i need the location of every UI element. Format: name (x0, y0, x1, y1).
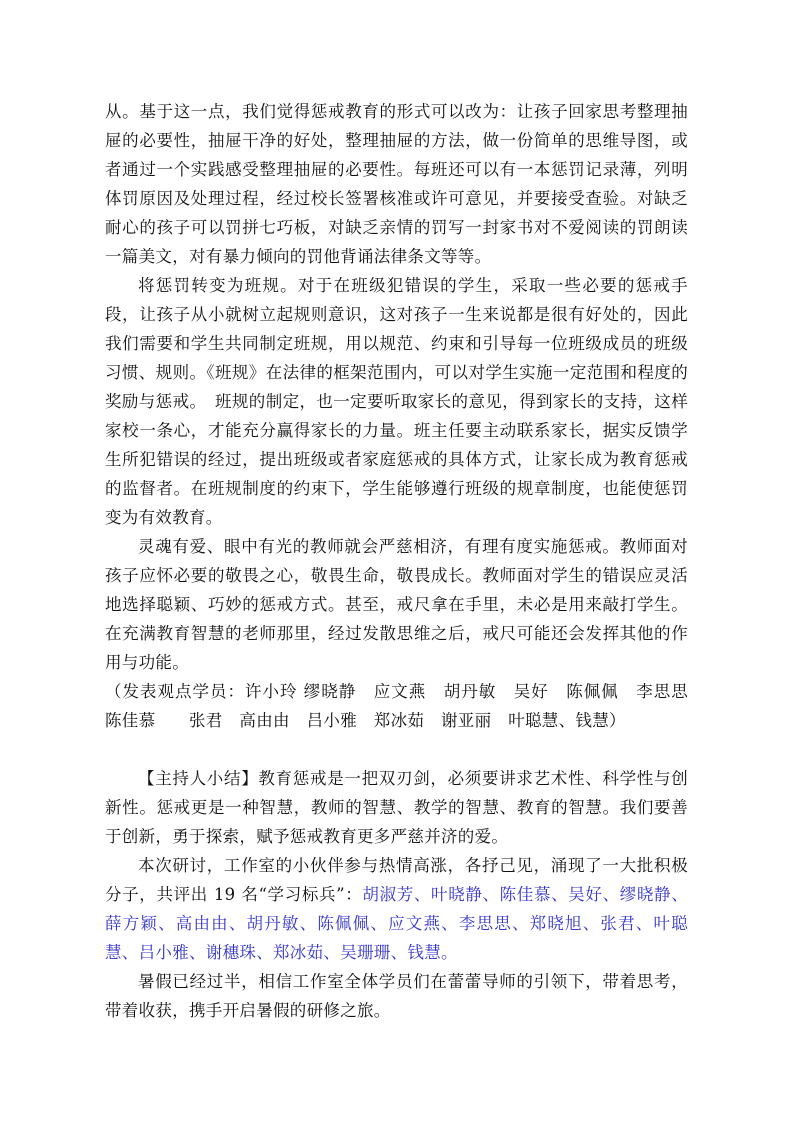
document-page: 从。基于这一点，我们觉得惩戒教育的形式可以改为：让孩子回家思考整理抽屉的必要性，… (0, 0, 793, 1122)
paragraph-study-models: 本次研讨，工作室的小伙伴参与热情高涨，各抒己见，涌现了一大批积极分子，共评出 1… (105, 851, 688, 967)
paragraph-summer-closing: 暑假已经过半，相信工作室全体学员们在蕾蕾导师的引领下，带着思考，带着收获，携手开… (105, 967, 688, 1025)
paragraph-host-summary: 【主持人小结】教育惩戒是一把双刃剑，必须要讲求艺术性、科学性与创新性。惩戒更是一… (105, 764, 688, 851)
paragraph-speaking-members-list: （发表观点学员：许小玲 缪晓静 应文燕 胡丹敏 吴好 陈佩佩 李思思 陈佳慕 张… (105, 677, 688, 735)
paragraph-teacher-wisdom: 灵魂有爱、眼中有光的教师就会严慈相济，有理有度实施惩戒。教师面对孩子应怀必要的敬… (105, 532, 688, 677)
paragraph-discipline-forms-continued: 从。基于这一点，我们觉得惩戒教育的形式可以改为：让孩子回家思考整理抽屉的必要性，… (105, 97, 688, 271)
paragraph-punishment-to-class-rules: 将惩罚转变为班规。对于在班级犯错误的学生，采取一些必要的惩戒手段，让孩子从小就树… (105, 271, 688, 532)
